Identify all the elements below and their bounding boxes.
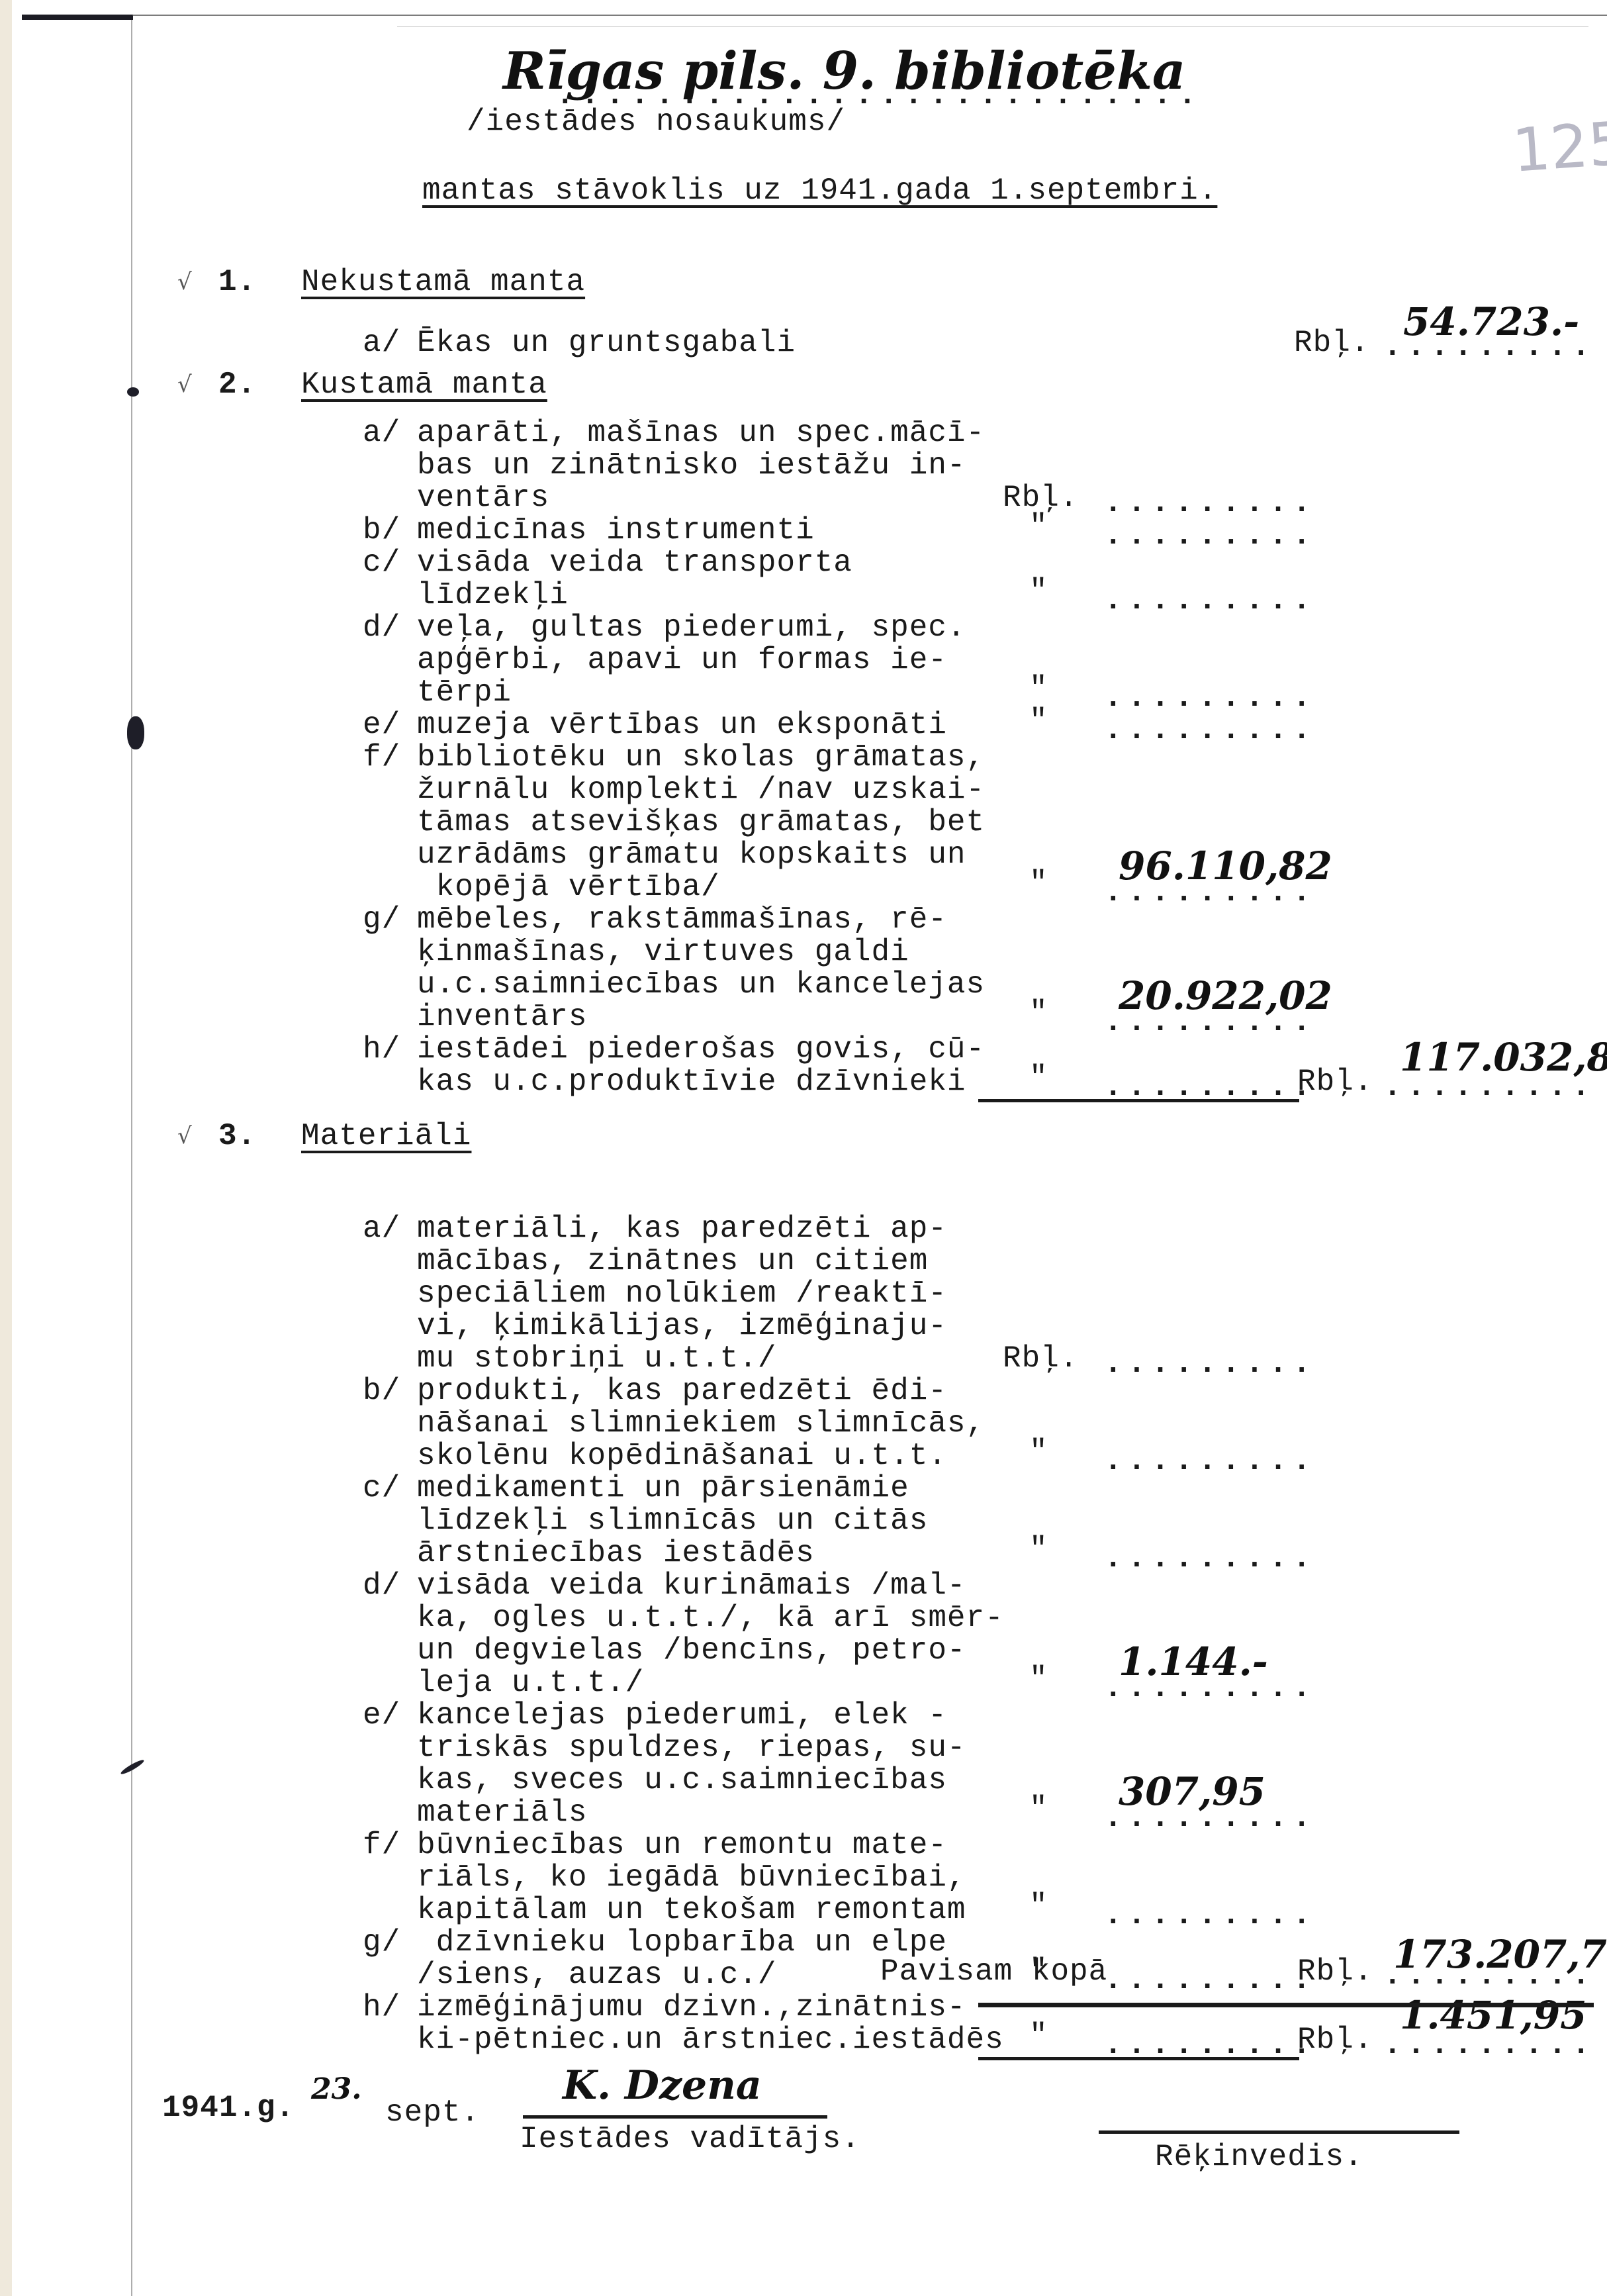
ink-blot [120, 1758, 146, 1776]
item-text-line: bibliotēku un skolas grāmatas, [417, 740, 985, 775]
item-letter: d/ [363, 610, 400, 645]
ditto-mark: " [1029, 2019, 1048, 2053]
item-text-line: uzrādāms grāmatu kopskaits un [417, 837, 966, 872]
item-text-line: leja u.t.t./ [417, 1666, 644, 1700]
item-text-line: visāda veida transporta [417, 546, 852, 580]
item-text-line: veļa, gultas piederumi, spec. [417, 610, 966, 645]
item-text-line: aparāti, mašīnas un spec.mācī- [417, 416, 985, 450]
item-text-line: kas, sveces u.c.saimniecības [417, 1763, 947, 1797]
item-text-line: medikamenti un pārsienāmie [417, 1471, 909, 1506]
subtotal-value-handwritten: 1.451,95 [1400, 1993, 1587, 2038]
ditto-mark: " [1029, 1889, 1048, 1923]
top-border-thick [22, 15, 133, 20]
item-letter: a/ [363, 326, 400, 360]
item-text-line: līdzekļi [417, 578, 569, 612]
item-value-handwritten: 96.110,82 [1119, 843, 1332, 888]
item-text-line: vi, ķimikālijas, izmēģinaju- [417, 1309, 947, 1343]
item-text-line: kapitālam un tekošam remontam [417, 1893, 966, 1927]
value-dots: ......... [1104, 1898, 1316, 1933]
section-number: 2. [218, 367, 256, 402]
ditto-mark: " [1029, 509, 1048, 544]
item-text-line: visāda veida kurināmais /mal- [417, 1568, 966, 1603]
item-text-line: muzeja vērtības un eksponāti [417, 708, 947, 742]
section-heading: Materiāli [301, 1119, 471, 1153]
value-dots: ......... [1104, 486, 1316, 520]
item-text-line: ķinmašīnas, virtuves galdi [417, 935, 909, 969]
item-text-line: mu stobriņi u.t.t./ [417, 1341, 777, 1376]
signature-line-accountant [1099, 2130, 1459, 2134]
item-letter: f/ [363, 1828, 400, 1862]
item-text-line: materiāli, kas paredzēti ap- [417, 1212, 947, 1246]
item-text-line: speciāliem nolūkiem /reaktī- [417, 1276, 947, 1311]
subtotal-currency: Rbļ. [1297, 2023, 1373, 2057]
signature-director: K. Dzena [563, 2062, 762, 2109]
ditto-mark: " [1029, 866, 1048, 900]
value-dots: ......... [1104, 1444, 1316, 1478]
item-text-line: tērpi [417, 675, 512, 710]
value-dots: ......... [1104, 1963, 1316, 1997]
institution-label: /iestādes nosaukums/ [467, 105, 845, 139]
item-letter: e/ [363, 1698, 400, 1733]
subtotal-currency: Rbļ. [1297, 1065, 1373, 1099]
subtotal-rule [978, 2057, 1299, 2060]
item-text-line: triskās spuldzes, riepas, su- [417, 1731, 966, 1765]
item-text-line: žurnālu komplekti /nav uzskai- [417, 773, 985, 807]
item-text-line: mācības, zinātnes un citiem [417, 1244, 928, 1278]
item-letter: h/ [363, 1032, 400, 1067]
item-value-handwritten: 20.922,02 [1119, 973, 1332, 1018]
subtotal-rule [978, 1099, 1299, 1102]
item-letter: g/ [363, 1925, 400, 1960]
item-text-line: inventārs [417, 1000, 587, 1034]
item-text-line: kas u.c.produktīvie dzīvnieki [417, 1065, 966, 1099]
value-dots: ......... [1104, 713, 1316, 747]
item-text-line: ventārs [417, 481, 549, 515]
item-text-line: skolēnu kopēdināšanai u.t.t. [417, 1439, 947, 1473]
signer-accountant-label: Rēķinvedis. [1155, 2140, 1363, 2174]
item-text-line: kancelejas piederumi, elek - [417, 1698, 947, 1733]
item-value-handwritten: 307,95 [1119, 1769, 1265, 1814]
date-day: 23. [311, 2072, 362, 2106]
section-heading: Kustamā manta [301, 367, 547, 402]
ditto-mark: " [1029, 996, 1048, 1030]
ditto-mark: " [1029, 1435, 1048, 1469]
item-text-line: būvniecības un remontu mate- [417, 1828, 947, 1862]
item-text-line: u.c.saimniecības un kancelejas [417, 967, 985, 1002]
currency-label: Rbļ. [1003, 1341, 1078, 1376]
signature-line-director [523, 2115, 827, 2119]
ink-blot [127, 716, 144, 749]
item-letter: e/ [363, 708, 400, 742]
item-text-line: un degvielas /bencīns, petro- [417, 1633, 966, 1668]
ink-blot [127, 387, 139, 397]
check-mark-icon: √ [177, 1123, 192, 1149]
item-text-line: bas un zinātnisko iestāžu in- [417, 448, 966, 483]
item-text-line: /siens, auzas u.c./ [417, 1958, 777, 1992]
total-currency: Rbļ. [1297, 1954, 1373, 1989]
item-value-handwritten: 54.723.- [1403, 299, 1579, 344]
item-text-line: mēbeles, rakstāmmašīnas, rē- [417, 902, 947, 937]
item-letter: f/ [363, 740, 400, 775]
document-title: mantas stāvoklis uz 1941.gada 1.septembr… [422, 173, 1217, 208]
section-heading: Nekustamā manta [301, 265, 585, 299]
item-letter: h/ [363, 1990, 400, 2025]
currency-label: Rbļ. [1294, 326, 1369, 360]
item-text-line: materiāls [417, 1795, 587, 1830]
item-letter: d/ [363, 1568, 400, 1603]
item-text-line: ki-pētniec.un ārstniec.iestādēs [417, 2023, 1004, 2057]
check-mark-icon: √ [177, 371, 192, 398]
ditto-mark: " [1029, 1532, 1048, 1566]
item-text-line: ārstniecības iestādēs [417, 1536, 815, 1570]
item-text-line: apģērbi, apavi un formas ie- [417, 643, 947, 677]
page-number-pencil: 125 [1510, 109, 1607, 186]
item-text-line: nāšanai slimniekiem slimnīcās, [417, 1406, 985, 1441]
item-letter: a/ [363, 1212, 400, 1246]
section-number: 1. [218, 265, 256, 299]
total-label: Pavisam kopā [880, 1954, 1107, 1989]
scan-paper-edge [0, 0, 12, 2296]
signer-director-label: Iestādes vadītājs. [520, 2122, 860, 2156]
item-text-line: medicīnas instrumenti [417, 513, 815, 548]
top-border-line-faint [397, 26, 1588, 27]
item-text-line: iestādei piederošas govis, cū- [417, 1032, 985, 1067]
item-text-line: Ēkas un gruntsgabali [417, 326, 796, 360]
margin-line [131, 20, 132, 2296]
item-letter: g/ [363, 902, 400, 937]
item-text-line: dzīvnieku lopbarība un elpe [417, 1925, 947, 1960]
total-value: 173.207,79 [1393, 1932, 1607, 1977]
ditto-mark: " [1029, 671, 1048, 706]
date-month: sept. [385, 2095, 480, 2130]
ditto-mark: " [1029, 1662, 1048, 1696]
top-border-line [132, 15, 1607, 16]
item-letter: c/ [363, 546, 400, 580]
ditto-mark: " [1029, 1792, 1048, 1826]
item-text-line: ka, ogles u.t.t./, kā arī smēr- [417, 1601, 1004, 1635]
item-text-line: riāls, ko iegādā būvniecībai, [417, 1860, 966, 1895]
check-mark-icon: √ [177, 269, 192, 295]
item-letter: b/ [363, 513, 400, 548]
ditto-mark: " [1029, 1061, 1048, 1095]
item-text-line: līdzekļi slimnīcās un citās [417, 1504, 928, 1538]
item-text-line: produkti, kas paredzēti ēdi- [417, 1374, 947, 1408]
value-dots: ......... [1104, 518, 1316, 553]
subtotal-value-handwritten: 117.032,84 [1400, 1035, 1607, 1080]
item-letter: c/ [363, 1471, 400, 1506]
item-text-line: tāmas atsevišķas grāmatas, bet [417, 805, 985, 839]
item-letter: b/ [363, 1374, 400, 1408]
ditto-mark: " [1029, 704, 1048, 738]
item-text-line: izmēģinājumu dzivn.,zinātnis- [417, 1990, 966, 2025]
value-dots: ......... [1104, 1541, 1316, 1576]
item-value-handwritten: 1.144.- [1119, 1639, 1268, 1684]
item-letter: a/ [363, 416, 400, 450]
item-text-line: kopējā vērtība/ [417, 870, 720, 904]
section-number: 3. [218, 1119, 256, 1153]
value-dots: ......... [1104, 583, 1316, 618]
value-dots: ......... [1104, 681, 1316, 715]
date-year: 1941.g. [162, 2091, 295, 2125]
total-rule [978, 2003, 1594, 2007]
value-dots: ......... [1104, 1347, 1316, 1381]
ditto-mark: " [1029, 574, 1048, 608]
